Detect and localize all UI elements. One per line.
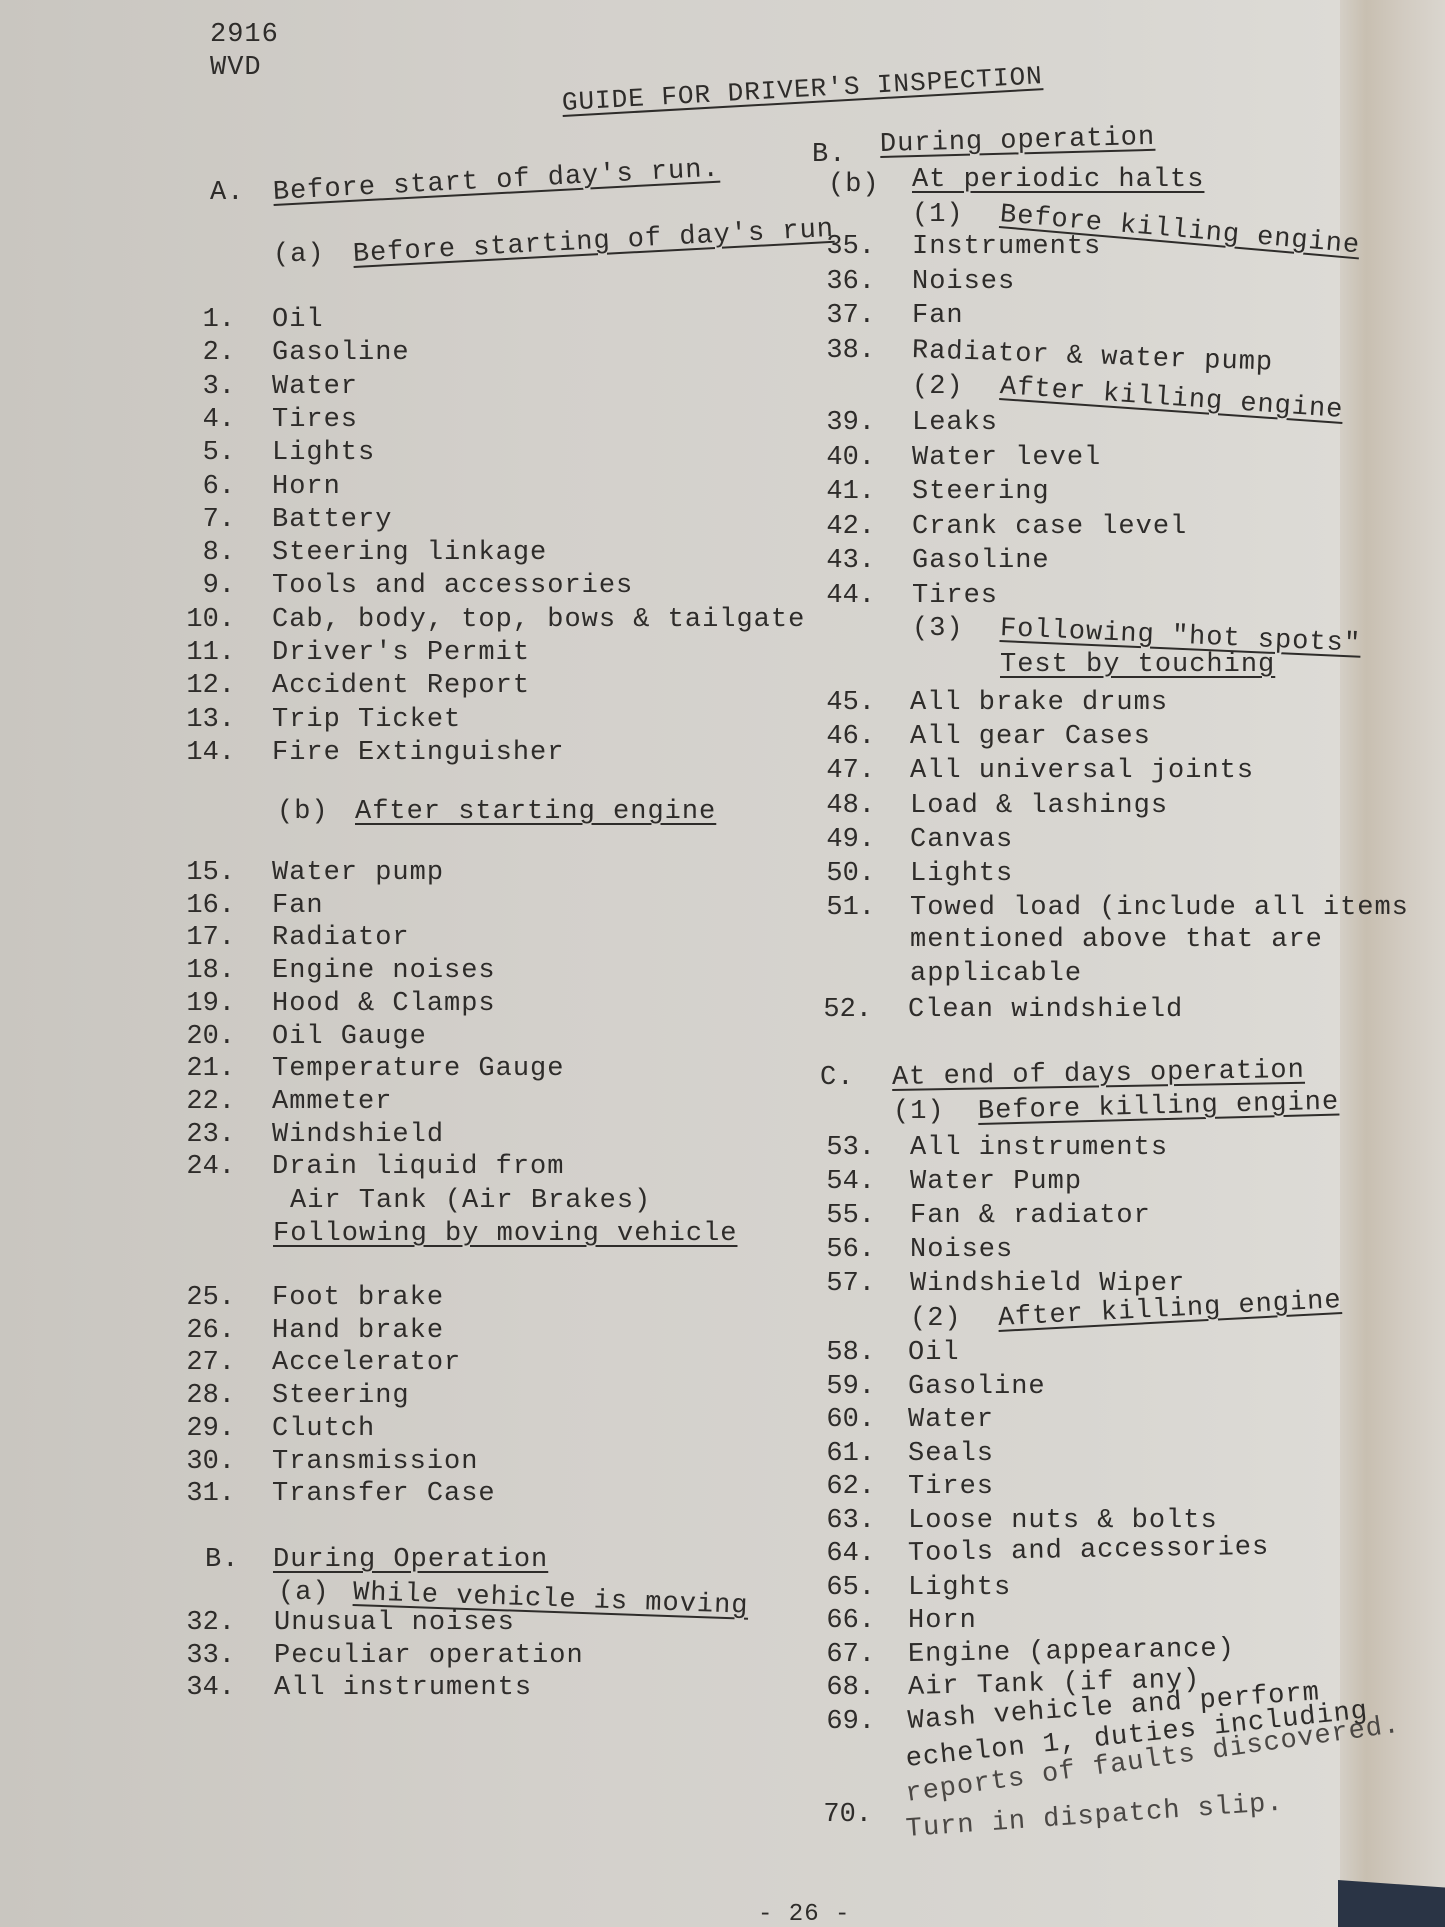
checklist-item: Lights (908, 1573, 1011, 1603)
item-number: 64. (815, 1539, 875, 1569)
item-number: 40. (815, 443, 875, 473)
checklist-item: Horn (272, 472, 341, 502)
item-number: 14. (175, 738, 235, 768)
checklist-item: Loose nuts & bolts (908, 1506, 1218, 1536)
sub-periodic-title: At periodic halts (912, 165, 1204, 195)
checklist-item: Fan & radiator (910, 1201, 1151, 1231)
checklist-item: Tires (272, 405, 358, 435)
item-number: 58. (815, 1338, 875, 1368)
checklist-item: Fan (912, 301, 964, 331)
checklist-item: Battery (272, 505, 392, 535)
checklist-item: All gear Cases (910, 722, 1151, 752)
sub-3-title-line2: Test by touching (1000, 650, 1275, 680)
item-number: 8. (175, 538, 235, 568)
checklist-item: Steering linkage (272, 538, 547, 568)
checklist-item: Oil (272, 305, 324, 335)
checklist-item: Oil (908, 1338, 960, 1368)
section-b-letter-left: B. (205, 1545, 239, 1575)
checklist-item: Windshield (272, 1120, 444, 1150)
checklist-item: Instruments (912, 232, 1101, 262)
checklist-item: Load & lashings (910, 791, 1168, 821)
doc-code: 2916 (210, 20, 279, 50)
sub-3-label: (3) (912, 614, 964, 644)
item-number: 36. (815, 267, 875, 297)
item-number: 10. (175, 605, 235, 635)
item-number: 33. (175, 1641, 235, 1671)
book-gutter (1340, 0, 1445, 1927)
sub-c1-label: (1) (893, 1097, 945, 1127)
section-b-letter-right: B. (812, 140, 846, 170)
item-number: 26. (175, 1316, 235, 1346)
item-number: 63. (815, 1506, 875, 1536)
checklist-item: Lights (272, 438, 375, 468)
item-number: 1. (175, 305, 235, 335)
checklist-item: Drain liquid from (272, 1152, 564, 1182)
item-number: 60. (815, 1405, 875, 1435)
item-number: 43. (815, 546, 875, 576)
checklist-item: Gasoline (912, 546, 1050, 576)
checklist-item: Hand brake (272, 1316, 444, 1346)
item-number: 48. (815, 791, 875, 821)
item-number: 65. (815, 1573, 875, 1603)
doc-org: WVD (210, 53, 262, 83)
checklist-item: Engine noises (272, 956, 496, 986)
section-a-letter: A. (210, 178, 244, 208)
item-number: 39. (815, 408, 875, 438)
sub-a-label: (a) (273, 240, 325, 270)
item-number: 21. (175, 1054, 235, 1084)
checklist-item: Water (272, 372, 358, 402)
item-number: 47. (815, 756, 875, 786)
item-number: 69. (815, 1707, 875, 1737)
item-number: 5. (175, 438, 235, 468)
checklist-item: Steering (912, 477, 1050, 507)
item-24-continued: Air Tank (Air Brakes) (290, 1186, 651, 1216)
item-number: 41. (815, 477, 875, 507)
item-number: 44. (815, 581, 875, 611)
checklist-item: All instruments (274, 1673, 532, 1703)
checklist-item: Canvas (910, 825, 1013, 855)
item-number: 18. (175, 956, 235, 986)
item-number: 46. (815, 722, 875, 752)
checklist-item: Accident Report (272, 671, 530, 701)
checklist-item: Unusual noises (274, 1608, 515, 1638)
item-number: 67. (815, 1640, 875, 1670)
checklist-item: Temperature Gauge (272, 1054, 564, 1084)
checklist-item: Cab, body, top, bows & tailgate (272, 605, 805, 635)
checklist-item: Fire Extinguisher (272, 738, 564, 768)
checklist-item: Water Pump (910, 1167, 1082, 1197)
item-number: 32. (175, 1608, 235, 1638)
checklist-item: Seals (908, 1439, 994, 1469)
item-number: 30. (175, 1447, 235, 1477)
checklist-item: Engine (appearance) (908, 1634, 1235, 1670)
item-number: 4. (175, 405, 235, 435)
sub-b-a-label: (a) (278, 1578, 330, 1608)
moving-vehicle-heading: Following by moving vehicle (273, 1219, 737, 1249)
item-number: 13. (175, 705, 235, 735)
checklist-item: Clutch (272, 1414, 375, 1444)
checklist-item: Tires (912, 581, 998, 611)
item-number: 55. (815, 1201, 875, 1231)
checklist-item: Noises (912, 267, 1015, 297)
item-number: 53. (815, 1133, 875, 1163)
checklist-item: Crank case level (912, 512, 1187, 542)
item-number: 31. (175, 1479, 235, 1509)
checklist-item: Tools and accessories (908, 1533, 1270, 1569)
checklist-item: Radiator (272, 923, 410, 953)
item-number: 57. (815, 1269, 875, 1299)
sub-b-title: After starting engine (355, 797, 716, 827)
item-number: 20. (175, 1022, 235, 1052)
checklist-item: Leaks (912, 408, 998, 438)
item-number: 50. (815, 859, 875, 889)
item-number: 11. (175, 638, 235, 668)
section-c-letter: C. (820, 1063, 854, 1093)
checklist-item: Windshield Wiper (910, 1269, 1185, 1299)
item-number: 59. (815, 1372, 875, 1402)
item-number: 2. (175, 338, 235, 368)
checklist-item: Foot brake (272, 1283, 444, 1313)
sub-periodic-label: (b) (828, 170, 880, 200)
item-number: 23. (175, 1120, 235, 1150)
item-number: 9. (175, 571, 235, 601)
checklist-item: Transmission (272, 1447, 478, 1477)
item-number: 38. (815, 336, 875, 366)
checklist-item: All universal joints (910, 756, 1254, 786)
item-number: 22. (175, 1087, 235, 1117)
checklist-item: Steering (272, 1381, 410, 1411)
item-number: 35. (815, 232, 875, 262)
item-number: 27. (175, 1348, 235, 1378)
item-number: 3. (175, 372, 235, 402)
checklist-item: Oil Gauge (272, 1022, 427, 1052)
item-number: 37. (815, 301, 875, 331)
item-number: 42. (815, 512, 875, 542)
item-number: 25. (175, 1283, 235, 1313)
sub-2-label: (2) (912, 372, 964, 402)
item-number: 17. (175, 923, 235, 953)
item-number: 12. (175, 671, 235, 701)
checklist-item: Driver's Permit (272, 638, 530, 668)
section-b-title-left: During Operation (273, 1545, 548, 1575)
item-number: 34. (175, 1673, 235, 1703)
item-number: 15. (175, 858, 235, 888)
item-number: 56. (815, 1235, 875, 1265)
checklist-item: Gasoline (908, 1372, 1046, 1402)
item-number: 49. (815, 825, 875, 855)
checklist-item: Transfer Case (272, 1479, 496, 1509)
book-cover-corner (1338, 1880, 1445, 1927)
item-number: 52. (812, 995, 872, 1025)
item-51-continued-1: mentioned above that are (910, 925, 1323, 955)
item-number: 7. (175, 505, 235, 535)
checklist-item: Tires (908, 1472, 994, 1502)
item-number: 19. (175, 989, 235, 1019)
sub-c2-label: (2) (910, 1304, 962, 1334)
checklist-item: Water pump (272, 858, 444, 888)
checklist-item: Gasoline (272, 338, 410, 368)
item-number: 68. (815, 1673, 875, 1703)
sub-b-label: (b) (277, 797, 329, 827)
checklist-item: Horn (908, 1606, 977, 1636)
item-number: 51. (815, 893, 875, 923)
item-number: 70. (812, 1800, 872, 1830)
checklist-item: Water level (912, 443, 1101, 473)
checklist-item: All brake drums (910, 688, 1168, 718)
checklist-item: Tools and accessories (272, 571, 633, 601)
page-number: - 26 - (758, 1900, 850, 1927)
item-number: 29. (175, 1414, 235, 1444)
checklist-item: Ammeter (272, 1087, 392, 1117)
item-51-continued-2: applicable (910, 959, 1082, 989)
checklist-item-52: Clean windshield (908, 995, 1183, 1025)
checklist-item: Noises (910, 1235, 1013, 1265)
checklist-item: Fan (272, 891, 324, 921)
item-number: 6. (175, 472, 235, 502)
item-number: 66. (815, 1606, 875, 1636)
checklist-item: All instruments (910, 1133, 1168, 1163)
item-number: 16. (175, 891, 235, 921)
checklist-item: Hood & Clamps (272, 989, 496, 1019)
item-number: 28. (175, 1381, 235, 1411)
checklist-item: Towed load (include all items (910, 893, 1409, 923)
checklist-item: Water (908, 1405, 994, 1435)
checklist-item: Accelerator (272, 1348, 461, 1378)
checklist-item: Peculiar operation (274, 1641, 584, 1671)
sub-1-label: (1) (912, 200, 964, 230)
item-number: 45. (815, 688, 875, 718)
checklist-item: Lights (910, 859, 1013, 889)
item-number: 54. (815, 1167, 875, 1197)
item-number: 61. (815, 1439, 875, 1469)
item-number: 62. (815, 1472, 875, 1502)
item-number: 24. (175, 1152, 235, 1182)
checklist-item: Trip Ticket (272, 705, 461, 735)
